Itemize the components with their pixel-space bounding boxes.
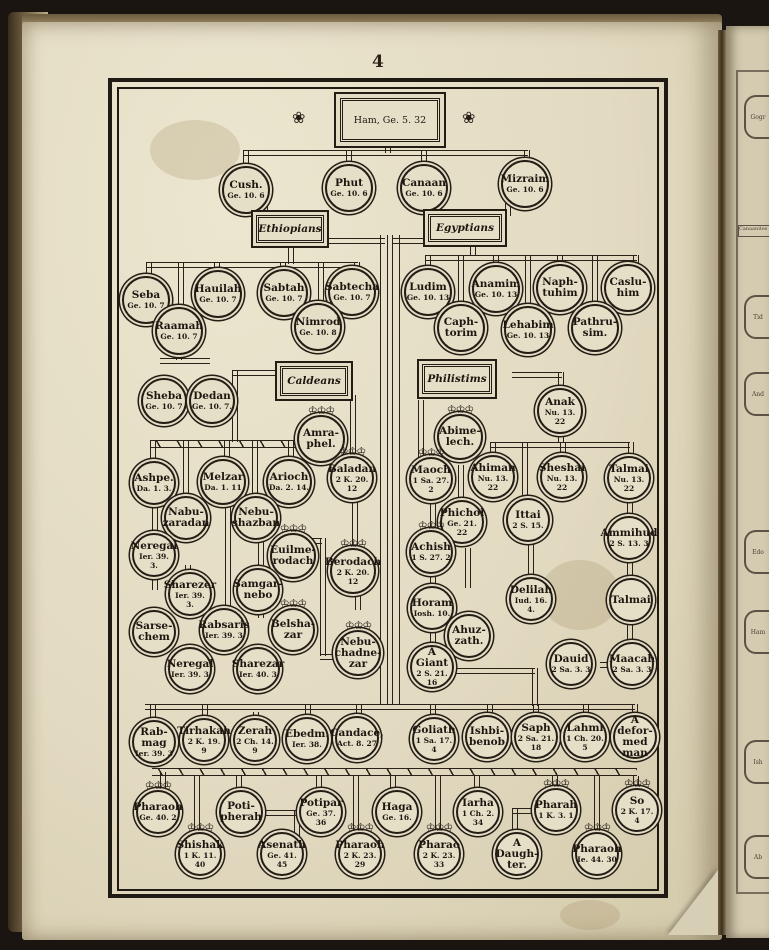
node-nimrod: NimrodGe. 10. 8 [294, 303, 342, 351]
node-lahmi: Lahmi1 Ch. 20. 5 [563, 715, 607, 759]
node-nebushazban: Nebu-shazban [234, 496, 278, 540]
node-samgarnebo: Samgar-nebo [236, 568, 280, 612]
node-pharaoh-2: ♔♔♔Pharaoh2 K. 23. 29 [338, 832, 382, 876]
node-belshazar: ♔♔♔Belsha-zar [271, 608, 315, 652]
node-lehabim: LehabimGe. 10. 13 [504, 306, 552, 354]
crown-icon: ♔♔♔ [339, 447, 366, 457]
braided-connector [152, 768, 637, 776]
node-ahiman: AhimanNu. 13. 22 [471, 455, 515, 499]
connector [252, 440, 258, 495]
node-shishak: ♔♔♔Shishak1 K. 11. 40 [178, 832, 222, 876]
node-ebedmelech: Ebedm.Ier. 38. [285, 717, 329, 761]
node-candace: Candace,Act. 8. 27 [335, 716, 379, 760]
node-neregal-2: NeregalIer. 39. 3 [168, 647, 212, 691]
crown-icon: ♔♔♔ [280, 524, 307, 534]
node-euilmerodach: ♔♔♔Euilme-rodach [270, 533, 316, 579]
facing-node: Tid [744, 295, 769, 339]
node-talmai-1: TalmaiNu. 13. 22 [607, 456, 651, 500]
connector [288, 240, 294, 264]
book-gutter [718, 30, 726, 935]
crown-icon: ♔♔♔ [308, 406, 335, 416]
node-hauilah: HauilahGe. 10. 7 [194, 270, 242, 318]
connector [178, 262, 184, 312]
node-deformed-man: A defor-med man [613, 715, 657, 759]
page-corner-fold [668, 870, 718, 935]
node-potipherah: Poti-pherah [219, 790, 263, 834]
node-nabuzaradan: Nabu-zaradan [164, 496, 208, 540]
crown-icon: ♔♔♔ [543, 779, 570, 789]
node-anak: AnakNu. 13. 22 [537, 388, 583, 434]
node-ashpenaz: Ashpe.Da. 1. 3. [132, 461, 176, 505]
connector [512, 372, 562, 378]
crown-icon: ♔♔♔ [418, 521, 445, 531]
connector [315, 238, 385, 244]
node-a-daughter: A Daugh-ter. [495, 832, 539, 876]
connector [183, 440, 189, 495]
node-rabmag: Rab-magIer. 39. 3 [132, 720, 176, 764]
connector [232, 370, 277, 376]
cartouche-egyptians: Egyptians [428, 214, 502, 242]
connector [528, 538, 534, 578]
node-ittai: Ittai2 S. 15. [506, 498, 550, 542]
node-raamah: RaamahGe. 10. 7 [155, 307, 203, 355]
node-canaan: CanaanGe. 10. 6 [400, 164, 448, 212]
facing-node: Ham [744, 610, 769, 654]
node-ishbibenob: Ishbi-benob [465, 715, 509, 759]
crown-icon: ♔♔♔ [280, 599, 307, 609]
node-caphtorim: Caph-torim [437, 304, 485, 352]
facing-cartouche: Canaanites [738, 225, 769, 237]
node-sabtecha: SabtechaGe. 10. 7 [328, 268, 376, 316]
facing-node: Gogr [744, 95, 769, 139]
node-ammihud: Ammihud2 S. 13. 3 [607, 516, 651, 560]
node-so: ♔♔♔So2 K. 17. 4 [615, 788, 659, 832]
node-tirhakah: Tirhakah2 K. 19. 9 [182, 718, 226, 762]
crown-icon: ♔♔♔ [418, 448, 445, 458]
crown-icon: ♔♔♔ [624, 779, 651, 789]
node-goliath: Goliath1 Sa. 17. 4 [412, 717, 456, 761]
cartouche-caldeans: Caldeans [280, 366, 348, 396]
node-casluhim: Caslu-him [604, 264, 652, 312]
node-anamim: AnamimGe. 10. 13 [472, 265, 520, 313]
node-mizraim: MizraimGe. 10. 6 [501, 160, 549, 208]
node-dauid: Dauid2 Sa. 3. 3 [549, 642, 593, 686]
node-naphtuhim: Naph-tuhim [536, 264, 584, 312]
page-number: 4 [372, 52, 384, 72]
node-berodach: ♔♔♔Berodach2 K. 20. 12 [330, 548, 376, 594]
node-neregal-1: NeregalIer. 39. 3. [132, 533, 176, 577]
node-nebuchadnezar: ♔♔♔Nebu-chadne-zar [335, 630, 381, 676]
root-cartouche-ham: Ham, Ge. 5. 32 [340, 98, 440, 142]
node-a-giant: A Giant2 S. 21. 16 [410, 645, 454, 689]
connector [318, 262, 324, 308]
node-pharao: ♔♔♔Pharao2 K. 23. 33 [417, 832, 461, 876]
cartouche-ethiopians: Ethiopians [256, 215, 324, 243]
node-maacah: Maacah2 Sa. 3. 3 [610, 642, 654, 686]
crown-icon: ♔♔♔ [447, 405, 474, 415]
node-pathrusim: Pathru-sim. [571, 304, 619, 352]
node-phut: PhutGe. 10. 6 [325, 164, 373, 212]
node-sharezar: SharezarIer. 40. 3 [236, 647, 280, 691]
crown-icon: ♔♔♔ [340, 539, 367, 549]
node-cush: Cush.Ge. 10. 6 [222, 166, 270, 214]
crown-icon: ♔♔♔ [426, 823, 453, 833]
crown-icon: ♔♔♔ [347, 823, 374, 833]
connector [458, 465, 464, 505]
connector [145, 704, 635, 710]
node-iarha: Iarha1 Ch. 2. 34 [456, 790, 500, 834]
node-sharezer: SharezerIer. 39. 3. [168, 572, 212, 616]
node-horam: HoramIosh. 10. [410, 586, 454, 630]
node-asenath: AsenathGe. 41. 45 [260, 832, 304, 876]
cartouche-philistims: Philistims [422, 364, 492, 394]
connector [458, 255, 464, 307]
node-sheba: ShebaGe. 10. 7 [141, 378, 187, 424]
node-rabsaris: RabsarisIer. 39. 3 [202, 608, 246, 652]
node-ahuzzath: Ahuz-zath. [447, 614, 491, 658]
crown-icon: ♔♔♔ [187, 823, 214, 833]
connector [455, 668, 535, 674]
node-pharaoh-1: ♔♔♔PharaohGe. 40. 2 [136, 790, 180, 834]
node-maoch: ♔♔♔Maoch1 Sa. 27. 2 [409, 457, 453, 501]
crown-icon: ♔♔♔ [145, 781, 172, 791]
connector [525, 255, 531, 307]
node-arioch: AriochDa. 2. 14. [266, 459, 312, 505]
node-zerah: Zerah2 Ch. 14. 9 [233, 718, 277, 762]
node-baladan: ♔♔♔Baladan2 K. 20. 12 [330, 456, 374, 500]
facing-node: And [744, 372, 769, 416]
central-trunk [380, 235, 388, 705]
node-saph: Saph2 Sa. 21. 18 [514, 715, 558, 759]
node-talmai-2: Talmai [609, 578, 653, 622]
connector [465, 548, 471, 588]
ornament-left-icon: ❀ [292, 108, 305, 127]
ornament-right-icon: ❀ [462, 108, 475, 127]
node-haga: HagaGe. 16. [375, 790, 419, 834]
node-achish: ♔♔♔Achish1 S. 27. 2 [409, 530, 453, 574]
node-sheshai: SheshaiNu. 13. 22 [540, 455, 584, 499]
node-dedan: DedanGe. 10. 7. [189, 378, 235, 424]
central-trunk [392, 235, 400, 705]
connector [160, 358, 210, 364]
connector [425, 255, 637, 261]
connector [532, 668, 538, 706]
node-potipar: PotiparGe. 37. 36 [299, 790, 343, 834]
paper-stain [560, 900, 620, 930]
book-scan: Gogr Canaanites Tid And Edo Ham Ish Ab 4 [0, 0, 769, 950]
facing-node: Ish [744, 740, 769, 784]
crown-icon: ♔♔♔ [584, 823, 611, 833]
facing-node: Ab [744, 835, 769, 879]
crown-icon: ♔♔♔ [345, 621, 372, 631]
node-melzar: MelzarDa. 1. 11 [200, 459, 246, 505]
connector [522, 442, 528, 502]
node-delilah: DelilahIud. 16. 4. [509, 577, 553, 621]
node-sarsechem: Sarse-chem [132, 610, 176, 654]
facing-node: Edo [744, 530, 769, 574]
node-pharah: ♔♔♔Pharah1 K. 3. 1 [534, 788, 578, 832]
node-pharaoh-3: ♔♔♔PharaohIe. 44. 30 [575, 832, 619, 876]
connector [592, 255, 598, 307]
